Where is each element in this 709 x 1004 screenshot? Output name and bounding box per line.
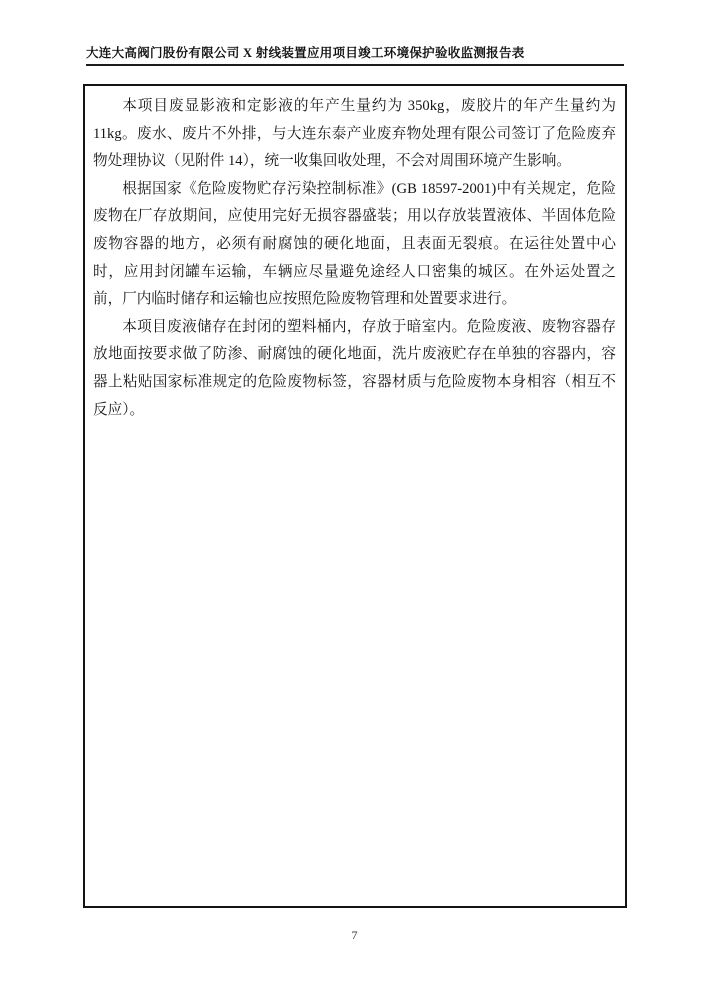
paragraph-liquid-storage: 本项目废液储存在封闭的塑料桶内，存放于暗室内。危险废液、废物容器存放地面按要求做…: [93, 314, 616, 424]
document-page: 大连大高阀门股份有限公司 X 射线装置应用项目竣工环境保护验收监测报告表 本项目…: [0, 0, 709, 1004]
page-number: 7: [0, 928, 709, 943]
paragraph-waste-generation: 本项目废显影液和定影液的年产生量约为 350kg，废胶片的年产生量约为 11kg…: [93, 93, 616, 176]
report-header-title: 大连大高阀门股份有限公司 X 射线装置应用项目竣工环境保护验收监测报告表: [86, 43, 624, 66]
content-box: 本项目废显影液和定影液的年产生量约为 350kg，废胶片的年产生量约为 11kg…: [83, 84, 627, 908]
paragraph-storage-standard: 根据国家《危险废物贮存污染控制标准》(GB 18597-2001)中有关规定，危…: [93, 176, 616, 314]
